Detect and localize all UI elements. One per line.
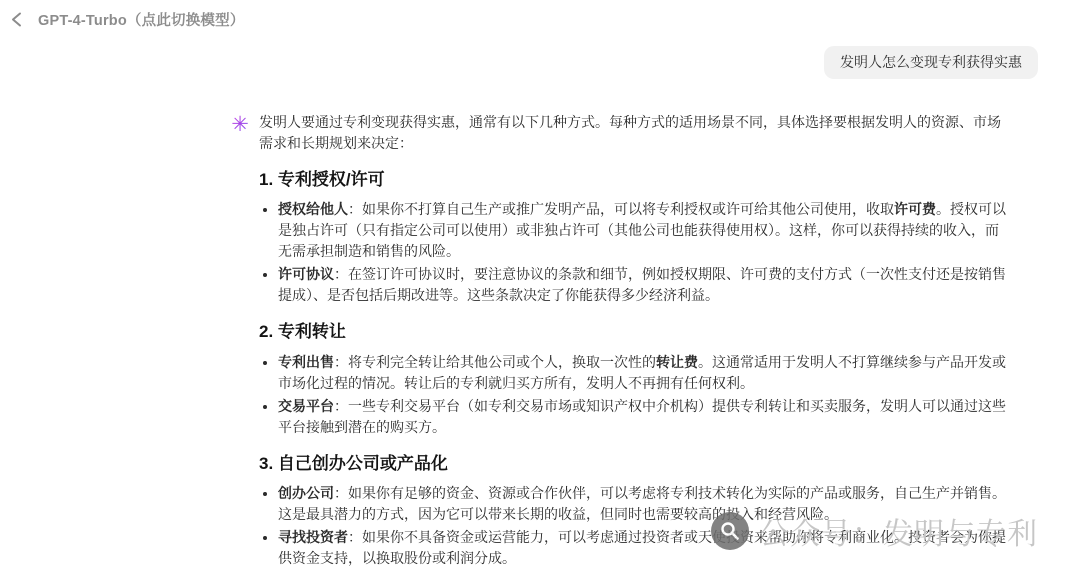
bullet-list: 专利出售：将专利完全转让给其他公司或个人，换取一次性的转让费。这通常适用于发明人… — [259, 352, 1012, 438]
bullet-term: 交易平台 — [278, 398, 334, 414]
section-heading: 1. 专利授权/许可 — [259, 170, 1012, 190]
bullet-term: 许可费 — [894, 201, 936, 217]
section-heading: 3. 自己创办公司或产品化 — [259, 454, 1012, 474]
bullet-text: ：如果你有足够的资金、资源或合作伙伴，可以考虑将专利技术转化为实际的产品或服务，… — [278, 485, 1006, 522]
bullet-text: ：如果你不打算自己生产或推广发明产品，可以将专利授权或许可给其他公司使用，收取 — [348, 201, 894, 217]
bullet-term: 寻找投资者 — [278, 529, 348, 545]
bullet-term: 转让费 — [656, 354, 698, 370]
assistant-sections: 1. 专利授权/许可授权给他人：如果你不打算自己生产或推广发明产品，可以将专利授… — [259, 170, 1012, 569]
bullet-list: 创办公司：如果你有足够的资金、资源或合作伙伴，可以考虑将专利技术转化为实际的产品… — [259, 483, 1012, 569]
user-message-bubble: 发明人怎么变现专利获得实惠 — [824, 46, 1038, 79]
bullet-item: 寻找投资者：如果你不具备资金或运营能力，可以考虑通过投资者或天使投资来帮助你将专… — [278, 527, 1012, 569]
back-button[interactable] — [10, 12, 23, 27]
user-message-row: 发明人怎么变现专利获得实惠 — [0, 46, 1038, 79]
bullet-item: 许可协议：在签订许可协议时，要注意协议的条款和细节，例如授权期限、许可费的支付方… — [278, 264, 1012, 306]
bullet-term: 创办公司 — [278, 485, 334, 501]
bullet-term: 授权给他人 — [278, 201, 348, 217]
bullet-text: ：将专利完全转让给其他公司或个人，换取一次性的 — [334, 354, 656, 370]
section-heading: 2. 专利转让 — [259, 322, 1012, 342]
bullet-item: 授权给他人：如果你不打算自己生产或推广发明产品，可以将专利授权或许可给其他公司使… — [278, 199, 1012, 262]
bullet-term: 专利出售 — [278, 354, 334, 370]
openai-logo-glyph: ✳ — [231, 113, 249, 135]
bullet-item: 创办公司：如果你有足够的资金、资源或合作伙伴，可以考虑将专利技术转化为实际的产品… — [278, 483, 1012, 525]
bullet-item: 交易平台：一些专利交易平台（如专利交易市场或知识产权中介机构）提供专利转让和买卖… — [278, 396, 1012, 438]
chevron-left-icon — [10, 12, 23, 27]
bullet-item: 专利出售：将专利完全转让给其他公司或个人，换取一次性的转让费。这通常适用于发明人… — [278, 352, 1012, 394]
bullet-text: ：在签订许可协议时，要注意协议的条款和细节，例如授权期限、许可费的支付方式（一次… — [278, 266, 1006, 303]
bullet-term: 许可协议 — [278, 266, 334, 282]
assistant-intro-paragraph: 发明人要通过专利变现获得实惠，通常有以下几种方式。每种方式的适用场景不同，具体选… — [259, 112, 1012, 154]
bullet-text: ：如果你不具备资金或运营能力，可以考虑通过投资者或天使投资来帮助你将专利商业化。… — [278, 529, 1006, 566]
openai-logo-icon: ✳ — [229, 113, 251, 135]
assistant-message-content: 发明人要通过专利变现获得实惠，通常有以下几种方式。每种方式的适用场景不同，具体选… — [259, 112, 1012, 571]
bullet-text: ：一些专利交易平台（如专利交易市场或知识产权中介机构）提供专利转让和买卖服务，发… — [278, 398, 1006, 435]
model-switch-title[interactable]: GPT-4-Turbo（点此切换模型） — [38, 9, 245, 30]
top-bar: GPT-4-Turbo（点此切换模型） — [0, 0, 1080, 30]
assistant-message-row: ✳ 发明人要通过专利变现获得实惠，通常有以下几种方式。每种方式的适用场景不同，具… — [229, 112, 1012, 571]
bullet-list: 授权给他人：如果你不打算自己生产或推广发明产品，可以将专利授权或许可给其他公司使… — [259, 199, 1012, 306]
